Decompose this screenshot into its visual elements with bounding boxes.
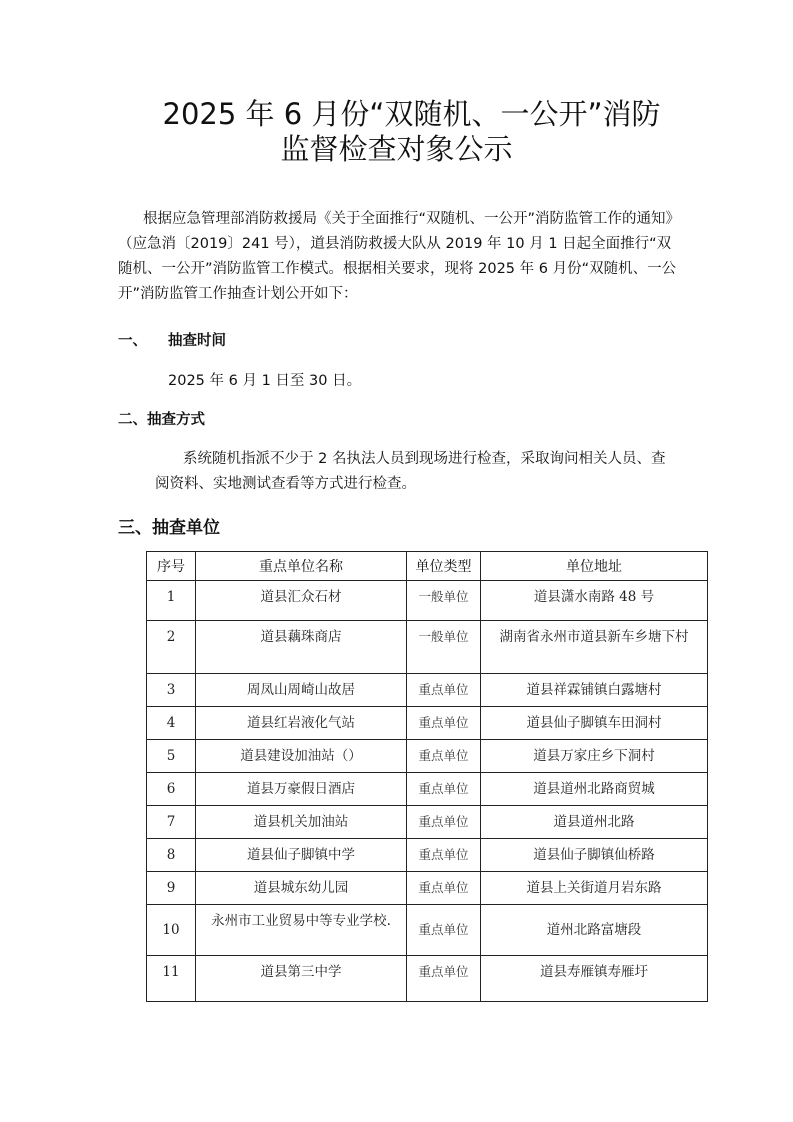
cell-name: 道县万豪假日酒店: [196, 773, 407, 806]
cell-name: 道县汇众石材: [196, 581, 407, 621]
table-row: 3 周凤山周崎山故居 重点单位 道县祥霖铺镇白露塘村: [147, 674, 708, 707]
section-1-body: 2025 年 6 月 1 日至 30 日。: [168, 369, 361, 390]
table-row: 11 道县第三中学 重点单位 道县寿雁镇寿雁圩: [147, 956, 708, 1002]
intro-paragraph: 根据应急管理部消防救援局《关于全面推行“双随机、一公开”消防监管工作的通知》（应…: [118, 207, 678, 307]
table-row: 6 道县万豪假日酒店 重点单位 道县道州北路商贸城: [147, 773, 708, 806]
cell-no: 9: [147, 872, 196, 905]
cell-type: 重点单位: [407, 839, 481, 872]
cell-address: 道县潇水南路 48 号: [481, 581, 708, 621]
cell-name: 道县建设加油站（）: [196, 740, 407, 773]
cell-name: 周凤山周崎山故居: [196, 674, 407, 707]
table-row: 7 道县机关加油站 重点单位 道县道州北路: [147, 806, 708, 839]
table-header-row: 序号 重点单位名称 单位类型 单位地址: [147, 552, 708, 581]
cell-address: 道县仙子脚镇车田洞村: [481, 707, 708, 740]
section-2-heading: 二、抽查方式: [118, 408, 205, 429]
document-title-line-1: 2025 年 6 月份“双随机、一公开”消防: [15, 96, 793, 132]
cell-name: 道县红岩液化气站: [196, 707, 407, 740]
cell-address: 道县道州北路商贸城: [481, 773, 708, 806]
table-row: 8 道县仙子脚镇中学 重点单位 道县仙子脚镇仙桥路: [147, 839, 708, 872]
cell-name: 道县城东幼儿园: [196, 872, 407, 905]
cell-type: 重点单位: [407, 674, 481, 707]
cell-type: 重点单位: [407, 806, 481, 839]
cell-address: 道县万家庄乡下洞村: [481, 740, 708, 773]
cell-name: 道县仙子脚镇中学: [196, 839, 407, 872]
header-name: 重点单位名称: [196, 552, 407, 581]
cell-type: 重点单位: [407, 956, 481, 1002]
table-row: 10 永州市工业贸易中等专业学校. 重点单位 道州北路富塘段: [147, 905, 708, 956]
section-1-number: 一、: [118, 329, 147, 350]
cell-type: 重点单位: [407, 773, 481, 806]
cell-type: 一般单位: [407, 581, 481, 621]
cell-no: 4: [147, 707, 196, 740]
cell-name: 道县机关加油站: [196, 806, 407, 839]
cell-type: 重点单位: [407, 872, 481, 905]
cell-type: 一般单位: [407, 621, 481, 674]
table-row: 5 道县建设加油站（） 重点单位 道县万家庄乡下洞村: [147, 740, 708, 773]
cell-type: 重点单位: [407, 905, 481, 956]
document-title-line-2: 监督检查对象公示: [0, 131, 793, 167]
section-1-heading: 抽查时间: [168, 329, 226, 350]
cell-address: 湖南省永州市道县新车乡塘下村: [481, 621, 708, 674]
header-no: 序号: [147, 552, 196, 581]
cell-type: 重点单位: [407, 707, 481, 740]
cell-no: 10: [147, 905, 196, 956]
table-row: 9 道县城东幼儿园 重点单位 道县上关街道月岩东路: [147, 872, 708, 905]
cell-address: 道县道州北路: [481, 806, 708, 839]
cell-address: 道县仙子脚镇仙桥路: [481, 839, 708, 872]
header-type: 单位类型: [407, 552, 481, 581]
cell-no: 3: [147, 674, 196, 707]
cell-no: 6: [147, 773, 196, 806]
cell-no: 2: [147, 621, 196, 674]
cell-type: 重点单位: [407, 740, 481, 773]
header-address: 单位地址: [481, 552, 708, 581]
section-3-heading: 三、抽查单位: [118, 513, 220, 538]
cell-no: 5: [147, 740, 196, 773]
table-row: 1 道县汇众石材 一般单位 道县潇水南路 48 号: [147, 581, 708, 621]
cell-address: 道县祥霖铺镇白露塘村: [481, 674, 708, 707]
table-row: 4 道县红岩液化气站 重点单位 道县仙子脚镇车田洞村: [147, 707, 708, 740]
cell-no: 7: [147, 806, 196, 839]
table-row: 2 道县藕珠商店 一般单位 湖南省永州市道县新车乡塘下村: [147, 621, 708, 674]
cell-address: 道县上关街道月岩东路: [481, 872, 708, 905]
inspection-units-table: 序号 重点单位名称 单位类型 单位地址 1 道县汇众石材 一般单位 道县潇水南路…: [146, 551, 708, 1002]
cell-no: 1: [147, 581, 196, 621]
cell-name: 道县第三中学: [196, 956, 407, 1002]
cell-no: 11: [147, 956, 196, 1002]
section-2-body: 系统随机指派不少于 2 名执法人员到现场进行检查，采取询问相关人员、查阅资料、实…: [155, 447, 675, 497]
cell-name: 永州市工业贸易中等专业学校.: [196, 905, 407, 956]
cell-address: 道县寿雁镇寿雁圩: [481, 956, 708, 1002]
cell-name: 道县藕珠商店: [196, 621, 407, 674]
cell-no: 8: [147, 839, 196, 872]
cell-address: 道州北路富塘段: [481, 905, 708, 956]
